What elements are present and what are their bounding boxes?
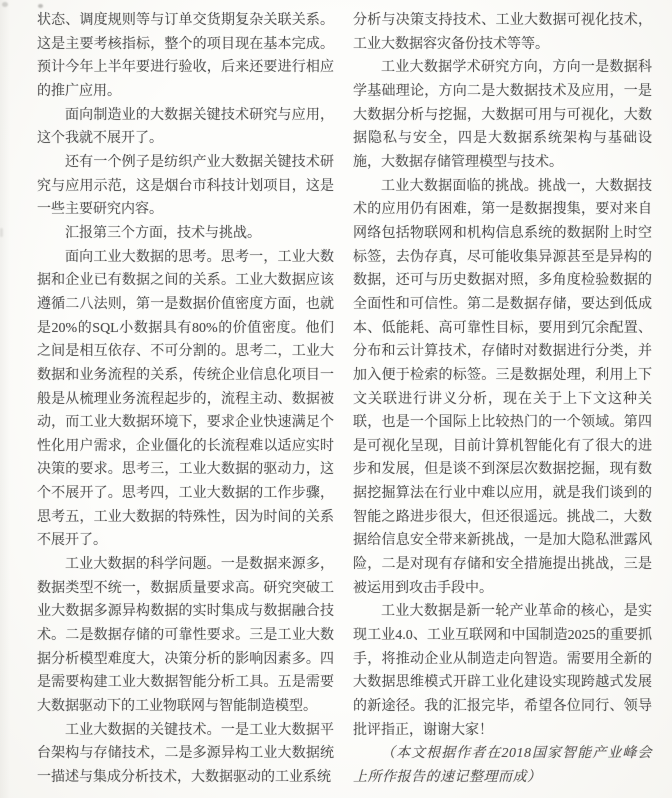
- paragraph: 工业大数据是新一轮产业革命的核心，是实现工业4.0、工业互联网和中国制造2025…: [353, 600, 652, 742]
- scan-edge-shadow: [0, 0, 10, 798]
- scan-artifact: [0, 228, 3, 237]
- text-column-left: 状态、调度规则等与订单交货期复杂关联关系。这是主要考核指标，整个的项目现在基本完…: [37, 9, 334, 790]
- scan-artifact: [2, 2, 8, 7]
- paragraph: 还有一个例子是纺织产业大数据关键技术研究与应用示范，这是烟台市科技计划项目，这是…: [37, 151, 334, 222]
- paragraph: 工业大数据的关键技术。一是工业大数据平台架构与存储技术，二是多源异构工业大数据统…: [37, 719, 334, 790]
- paragraph: 面向工业大数据的思考。思考一，工业大数据和企业已有数据之间的关系。工业大数据应该…: [37, 246, 334, 554]
- paragraph: 状态、调度规则等与订单交货期复杂关联关系。这是主要考核指标，整个的项目现在基本完…: [37, 9, 334, 104]
- scan-artifact: [38, 4, 43, 8]
- scanned-document-page: 状态、调度规则等与订单交货期复杂关联关系。这是主要考核指标，整个的项目现在基本完…: [0, 0, 672, 798]
- paragraph: 工业大数据面临的挑战。挑战一，大数据技术的应用仍有困难，第一是数据搜集，要对来自…: [353, 175, 652, 601]
- paragraph: 汇报第三个方面，技术与挑战。: [37, 222, 334, 246]
- paragraph: 面向制造业的大数据关键技术研究与应用，这个我就不展开了。: [37, 104, 334, 151]
- text-column-right: 分析与决策支持技术、工业大数据可视化技术，工业大数据容灾备份技术等等。 工业大数…: [353, 9, 652, 790]
- paragraph: 工业大数据的科学问题。一是数据来源多，数据类型不统一，数据质量要求高。研究突破工…: [37, 553, 334, 719]
- closing-note: （本文根据作者在2018国家智能产业峰会上所作报告的速记整理而成）: [353, 742, 652, 789]
- paragraph: 工业大数据学术研究方向，方向一是数据科学基础理论，方向二是大数据技术及应用，一是…: [353, 56, 652, 174]
- paragraph: 分析与决策支持技术、工业大数据可视化技术，工业大数据容灾备份技术等等。: [353, 9, 652, 56]
